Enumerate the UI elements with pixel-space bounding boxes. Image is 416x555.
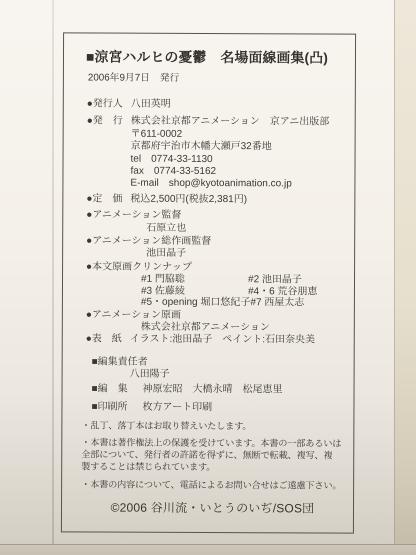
background-right-edge: [394, 0, 416, 555]
cleanup-episode-credit: #7 西屋太志: [250, 297, 304, 308]
publisher-person-row: ●発行人八田英明: [87, 98, 343, 112]
notice-returns: ・乱丁、落丁本はお取り替えいたします。: [81, 420, 341, 433]
animation-genga-company: 株式会社京都アニメーション: [141, 322, 342, 334]
cleanup-episode-credit: #4・6 荒谷朋恵: [248, 286, 318, 297]
editors-row: ■編 集神原宏昭 大橋永晴 松尾恵里: [92, 383, 342, 396]
page-crease: [52, 0, 54, 545]
book-page-photo: ■涼宮ハルヒの憂鬱 名場面線画集(凸) 2006年9月7日 発行 ●発行人八田英…: [0, 0, 416, 555]
cleanup-episode-credit: #2 池田晶子: [248, 274, 302, 285]
price-value: 税込2,500円(税抜2,381円): [130, 194, 247, 206]
animation-director-name: 石原立也: [146, 222, 342, 235]
printer-label: ■印刷所: [91, 401, 142, 414]
animation-director-label: ●アニメーション監督: [86, 210, 342, 224]
page-bottom-edge-shadow: [0, 544, 416, 555]
notice-no-phone-inquiries: ・本書の内容について、電話によるお問い合せはご遠慮下さい。: [81, 479, 341, 492]
cover-label: ●表 紙: [86, 334, 130, 347]
genga-cleanup-row: #1 門脇聡#2 池田晶子: [141, 274, 342, 286]
colophon-box: ■涼宮ハルヒの憂鬱 名場面線画集(凸) 2006年9月7日 発行 ●発行人八田英…: [61, 32, 356, 533]
genga-cleanup-row: #5・opening 堀口悠紀子#7 西屋太志: [141, 297, 342, 309]
genga-cleanup-label: ●本文原画クリンナップ: [86, 261, 342, 275]
publisher-row: ●発 行株式会社京都アニメーション 京アニ出版部: [87, 116, 343, 130]
notice-copyright-protection: ・本書は著作権法上の保護を受けています。本書の一部あるいは全部について、発行者の…: [81, 438, 341, 474]
animation-genga-label: ●アニメーション原画: [86, 309, 342, 323]
publisher-person-value: 八田英明: [131, 99, 171, 110]
publisher-postal-code: 〒611-0002: [131, 128, 343, 141]
cleanup-episode-credit: #3 佐藤綾: [141, 285, 248, 297]
cover-row: ●表 紙イラスト:池田晶子 ペイント:石田奈央美: [86, 334, 342, 348]
issue-date: 2006年9月7日 発行: [88, 69, 343, 84]
printer-row: ■印刷所枚方アート印刷: [91, 401, 341, 414]
cover-credit: イラスト:池田晶子 ペイント:石田奈央美: [130, 334, 315, 346]
publisher-label: ●発 行: [87, 116, 131, 129]
book-title: ■涼宮ハルヒの憂鬱 名場面線画集(凸): [86, 45, 343, 66]
genga-cleanup-row: #3 佐藤綾#4・6 荒谷朋恵: [141, 285, 342, 297]
price-row: ●定 価税込2,500円(税抜2,381円): [86, 193, 342, 207]
price-label: ●定 価: [86, 193, 130, 206]
copyright-line: ©2006 谷川流・いとうのいぢ/SOS団: [84, 499, 341, 517]
editors-names: 神原宏昭 大橋永晴 松尾恵里: [143, 383, 283, 395]
chief-animation-director-label: ●アニメーション総作画監督: [86, 236, 342, 250]
publisher-email: E-mail shop@kyotoanimation.co.jp: [130, 178, 342, 191]
publisher-company: 株式会社京都アニメーション 京アニ出版部: [131, 116, 330, 128]
publisher-person-label: ●発行人: [87, 98, 131, 111]
cleanup-episode-credit: #5・opening 堀口悠紀子: [141, 297, 251, 309]
editors-label: ■編 集: [92, 383, 143, 396]
chief-editor-name: 八田陽子: [130, 369, 342, 382]
printer-name: 枚方アート印刷: [142, 402, 212, 413]
chief-animation-director-name: 池田晶子: [146, 248, 342, 261]
cleanup-episode-credit: #1 門脇聡: [141, 274, 248, 286]
publisher-fax: fax 0774-33-5162: [130, 166, 342, 179]
publisher-address: 京都府宇治市木幡大瀬戸32番地: [131, 141, 343, 154]
publisher-tel: tel 0774-33-1130: [131, 153, 343, 166]
